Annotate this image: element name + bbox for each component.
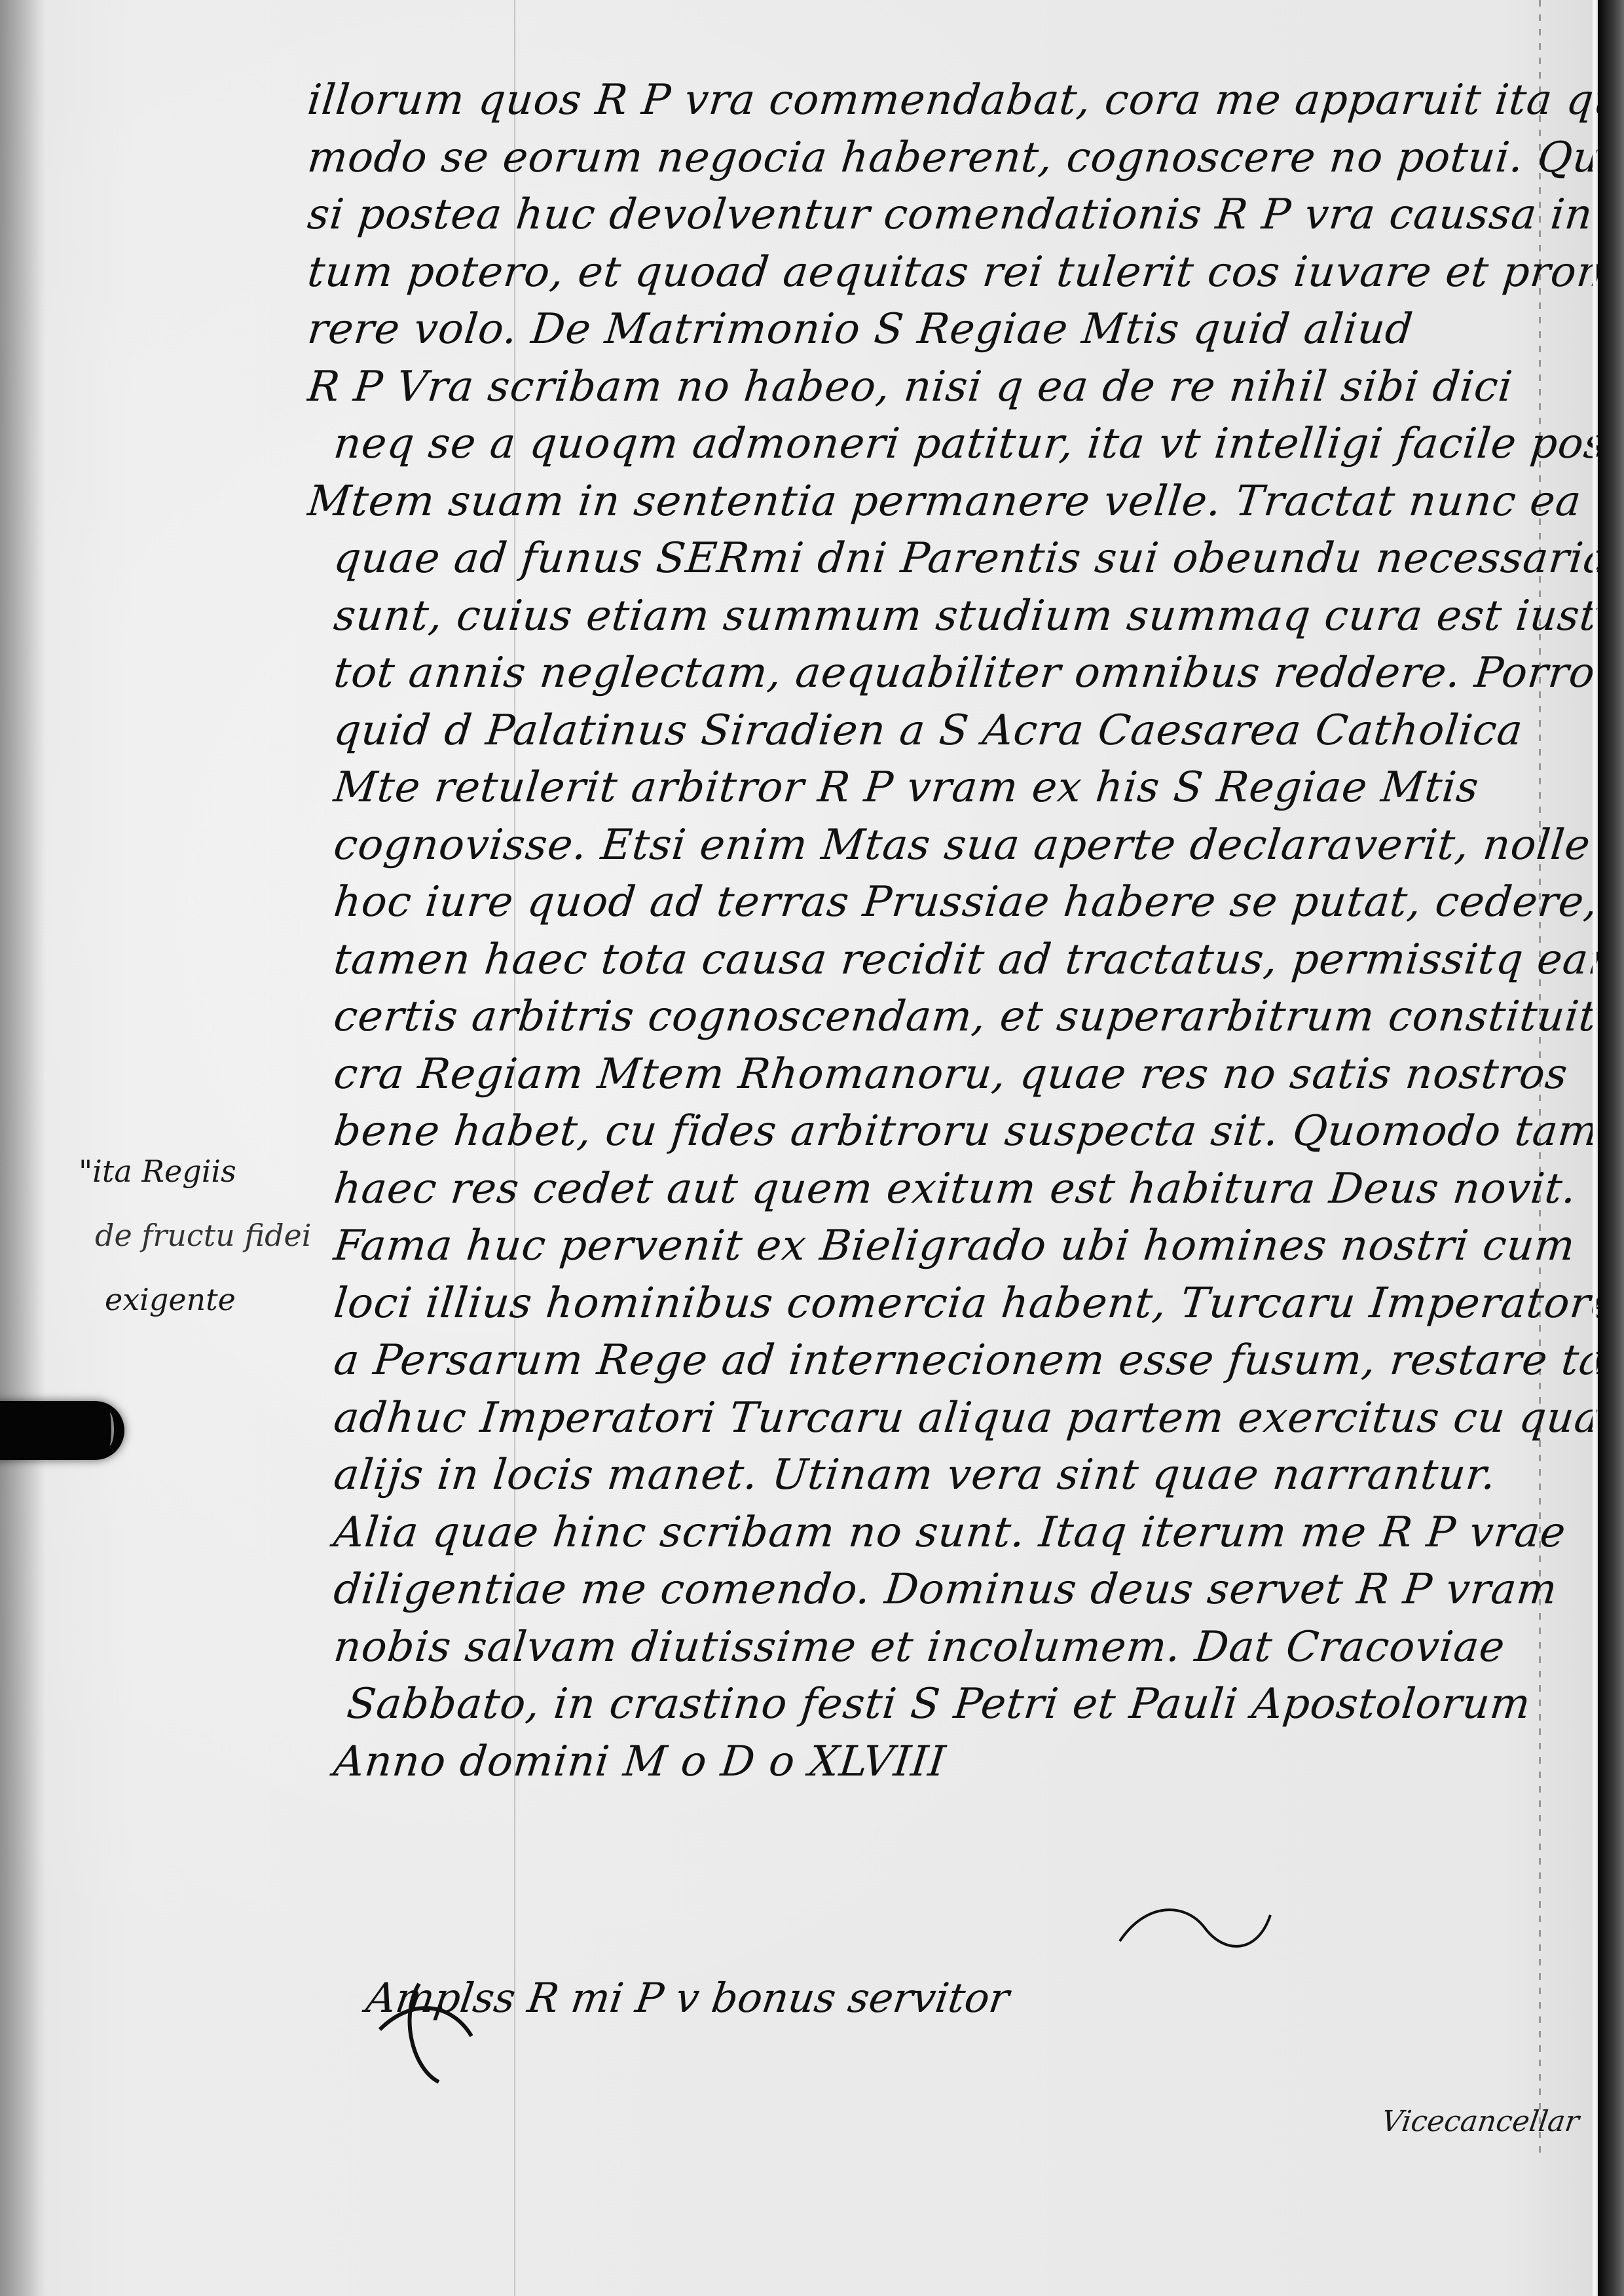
text-line: illorum quos R P vra commendabat, cora m… xyxy=(304,72,1607,130)
text-line: si postea huc devolventur comendationis … xyxy=(304,187,1607,244)
text-line: R P Vra scribam no habeo, nisi q ea de r… xyxy=(304,359,1607,416)
text-line: adhuc Imperatori Turcaru aliqua partem e… xyxy=(304,1390,1607,1448)
text-line: Mte retulerit arbitror R P vram ex his S… xyxy=(304,759,1607,817)
text-line: bene habet, cu fides arbitroru suspecta … xyxy=(304,1103,1607,1161)
text-line: rere volo. De Matrimonio S Regiae Mtis q… xyxy=(304,301,1607,359)
year-line: Anno domini M o D o XLVIII xyxy=(304,1734,1607,1791)
text-line: neq se a quoqm admoneri patitur, ita vt … xyxy=(304,416,1607,473)
text-line: Mtem suam in sententia permanere velle. … xyxy=(304,473,1607,531)
text-line: hoc iure quod ad terras Prussiae habere … xyxy=(304,874,1607,932)
text-line: tamen haec tota causa recidit ad tractat… xyxy=(304,932,1607,989)
margin-note-line: "ita Regiis xyxy=(79,1139,354,1203)
text-line: diligentiae me comendo. Dominus deus ser… xyxy=(304,1561,1607,1619)
text-line: cra Regiam Mtem Rhomanoru, quae res no s… xyxy=(304,1046,1607,1104)
text-line: cognovisse. Etsi enim Mtas sua aperte de… xyxy=(304,817,1607,875)
text-line: tum potero, et quoad aequitas rei tuleri… xyxy=(304,244,1607,302)
manuscript-page: illorum quos R P vra commendabat, cora m… xyxy=(0,0,1598,2296)
dating-line: Sabbato, in crastino festi S Petri et Pa… xyxy=(304,1676,1607,1734)
text-line: quid d Palatinus Siradien a S Acra Caesa… xyxy=(304,702,1607,760)
binding-clip xyxy=(0,1401,124,1460)
margin-note-line: de fructu fidei xyxy=(79,1203,354,1267)
year-flourish-icon xyxy=(1107,1889,1277,1961)
text-line: sunt, cuius etiam summum studium summaq … xyxy=(304,588,1607,646)
text-line: certis arbitris cognoscendam, et superar… xyxy=(304,989,1607,1046)
text-line: quae ad funus SERmi dni Parentis sui obe… xyxy=(304,530,1607,588)
text-line: tot annis neglectam, aequabiliter omnibu… xyxy=(304,645,1607,702)
closing-salutation: Amplss R mi P v bonus servitor xyxy=(363,1974,1012,2022)
text-line: Alia quae hinc scribam no sunt. Itaq ite… xyxy=(304,1504,1607,1562)
binding-shadow xyxy=(1598,0,1624,2296)
letter-body: illorum quos R P vra commendabat, cora m… xyxy=(308,72,1604,1791)
page-edge-shading xyxy=(0,0,46,2296)
margin-annotation: "ita Regiis de fructu fidei exigente xyxy=(79,1139,354,1332)
text-line: modo se eorum negocia haberent, cognosce… xyxy=(304,130,1607,187)
text-line: nobis salvam diutissime et incolumem. Da… xyxy=(304,1619,1607,1677)
text-line: Fama huc pervenit ex Bieligrado ubi homi… xyxy=(304,1218,1607,1275)
text-line: a Persarum Rege ad internecionem esse fu… xyxy=(304,1332,1607,1390)
signature: Vicecancellar xyxy=(1379,2105,1581,2138)
margin-note-line: exigente xyxy=(79,1267,354,1332)
text-line: alijs in locis manet. Utinam vera sint q… xyxy=(304,1447,1607,1504)
text-line: loci illius hominibus comercia habent, T… xyxy=(304,1275,1607,1333)
page-edge-highlight xyxy=(1593,0,1596,2296)
text-line: haec res cedet aut quem exitum est habit… xyxy=(304,1161,1607,1218)
